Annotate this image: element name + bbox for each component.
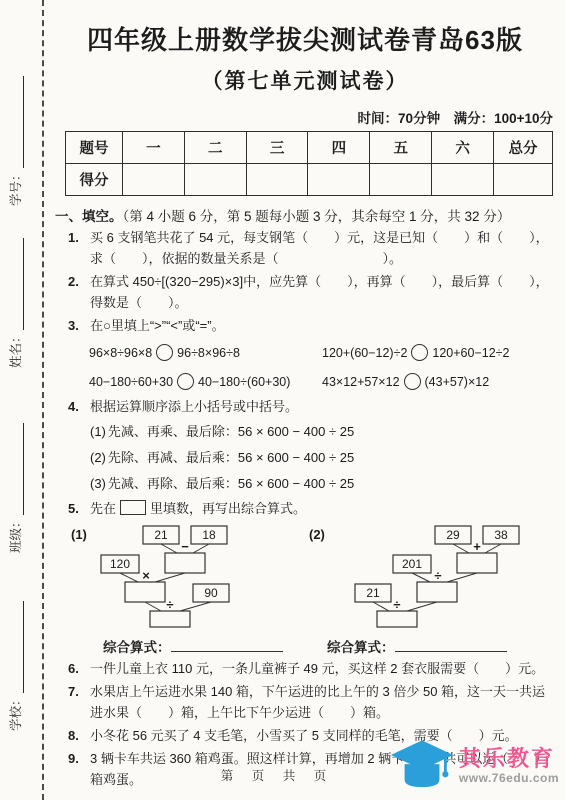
score-cell[interactable] xyxy=(184,164,246,196)
school-label: 学校： xyxy=(6,693,24,731)
tree-value: 120 xyxy=(110,557,130,571)
question-text: 先在里填数，再写出综合算式。 xyxy=(90,498,555,519)
question-text-prefix: 先在 xyxy=(90,501,116,516)
brand-name: 其乐教育 xyxy=(459,747,559,770)
item-text: 先除、再减、最后乘：56 × 600 − 400 ÷ 25 xyxy=(108,450,354,465)
tree-value: 29 xyxy=(446,528,460,542)
tree-1-label: (1) xyxy=(71,525,97,542)
number-tree-2: 29 38 + 201 ÷ 21 ÷ xyxy=(335,525,547,628)
tree-operator: × xyxy=(142,568,150,583)
tree-operator: ÷ xyxy=(434,568,441,583)
brand-logo: 其乐教育 www.76edu.com xyxy=(389,738,559,794)
section-1-note: （第 4 小题 6 分，第 5 题每小题 3 分，其余每空 1 分，共 32 分… xyxy=(123,209,511,224)
expression-left: 120+(60−12)÷2 xyxy=(322,346,407,360)
question-4-item-3: (3)先减、再除、最后乘：56 × 600 − 400 ÷ 25 xyxy=(90,473,555,495)
question-number: 5. xyxy=(68,498,90,519)
brand-text-block: 其乐教育 www.76edu.com xyxy=(459,747,559,784)
seal-dashed-line xyxy=(42,0,44,800)
student-id-blank-line[interactable] xyxy=(9,76,24,168)
question-text: 买 6 支钢笔共花了 54 元，每支钢笔（ ）元，这是已知（ ）和（ ），求（ … xyxy=(90,227,555,269)
score-row-label: 得分 xyxy=(66,164,123,196)
comparison-circle[interactable] xyxy=(411,344,428,361)
question-7: 7. 水果店上午运进水果 140 箱，下午运进的比上午的 3 倍少 50 箱，这… xyxy=(55,681,555,723)
composite-expression-label: 综合算式： xyxy=(103,640,171,655)
student-id-label: 学号： xyxy=(6,168,24,206)
question-number: 3. xyxy=(68,315,90,336)
comparison-pair: 40−180÷60+3040−180÷(60+30) xyxy=(89,373,322,390)
expression-left: 96×8÷96×8 xyxy=(89,346,152,360)
question-text: 在算式 450÷[(320−295)×3]中，应先算（ ），再算（ ），最后算（… xyxy=(90,271,555,313)
question-2: 2. 在算式 450÷[(320−295)×3]中，应先算（ ），再算（ ），最… xyxy=(55,271,555,313)
question-number: 8. xyxy=(68,725,90,746)
tree-answer-box[interactable] xyxy=(457,553,497,573)
item-label: (3) xyxy=(90,476,106,491)
paper-content: 四年级上册数学拔尖测试卷青岛63版 （第七单元测试卷） 时间：70分钟 满分：1… xyxy=(55,0,555,790)
question-4-item-2: (2)先除、再减、最后乘：56 × 600 − 400 ÷ 25 xyxy=(90,447,555,469)
number-tree-1-block: (1) 21 18 − 120 × 90 ÷ xyxy=(71,525,309,628)
tree-value: 38 xyxy=(494,528,508,542)
page-subtitle: （第七单元测试卷） xyxy=(55,65,555,95)
expression-right: (43+57)×12 xyxy=(425,375,490,389)
number-tree-2-block: (2) 29 38 + 201 ÷ 21 ÷ xyxy=(309,525,547,628)
question-number: 2. xyxy=(68,271,90,313)
tree-operator: ÷ xyxy=(393,597,400,612)
comparison-pair: 43×12+57×12(43+57)×12 xyxy=(322,373,555,390)
question-number: 7. xyxy=(68,681,90,723)
score-header-cell: 二 xyxy=(184,132,246,164)
score-header-cell: 一 xyxy=(123,132,185,164)
item-text: 先减、再乘、最后除：56 × 600 − 400 ÷ 25 xyxy=(108,424,354,439)
expression-right: 120+60−12÷2 xyxy=(432,346,509,360)
tree-answer-box[interactable] xyxy=(417,582,457,602)
tree-value: 21 xyxy=(366,586,380,600)
score-cell[interactable] xyxy=(308,164,370,196)
score-cell[interactable] xyxy=(246,164,308,196)
score-header-cell: 总分 xyxy=(494,132,553,164)
tree-answer-box[interactable] xyxy=(150,611,190,627)
question-number: 1. xyxy=(68,227,90,269)
expression-right: 40−180÷(60+30) xyxy=(198,375,290,389)
composite-expression-2: 综合算式： xyxy=(303,636,507,656)
comparison-circle[interactable] xyxy=(177,373,194,390)
graduation-cap-icon xyxy=(389,738,455,794)
number-tree-1: 21 18 − 120 × 90 ÷ xyxy=(97,525,309,628)
tree-answer-box[interactable] xyxy=(125,582,165,602)
composite-expression-label: 综合算式： xyxy=(327,640,395,655)
comparison-pair: 120+(60−12)÷2120+60−12÷2 xyxy=(322,344,555,361)
number-trees: (1) 21 18 − 120 × 90 ÷ xyxy=(71,525,555,628)
tree-value: 18 xyxy=(202,528,216,542)
expression-left: 40−180÷60+30 xyxy=(89,375,173,389)
margin-field-student-id: 学号： xyxy=(4,56,24,206)
test-paper-page: 学号： 姓名： 班级： 学校： 四年级上册数学拔尖测试卷青岛63版 （第七单元测… xyxy=(0,0,565,800)
tree-value: 90 xyxy=(204,586,218,600)
item-text: 先减、再除、最后乘：56 × 600 − 400 ÷ 25 xyxy=(108,476,354,491)
composite-expression-1: 综合算式： xyxy=(55,636,303,656)
section-1-title: 一、填空。 xyxy=(55,209,123,224)
question-text: 在○里填上“>”“<”或“=”。 xyxy=(90,315,555,336)
expression-right: 96÷8×96÷8 xyxy=(177,346,240,360)
item-label: (2) xyxy=(90,450,106,465)
tree-operator: + xyxy=(473,539,481,554)
question-number: 4. xyxy=(68,396,90,417)
question-text: 一件儿童上衣 110 元，一条儿童裤子 49 元，买这样 2 套衣服需要（ ）元… xyxy=(90,658,555,679)
tree-answer-box[interactable] xyxy=(377,611,417,627)
composite-expression-row: 综合算式： 综合算式： xyxy=(55,636,555,656)
comparison-circle[interactable] xyxy=(156,344,173,361)
exam-info: 时间：70分钟 满分：100+10分 xyxy=(55,107,555,127)
score-header-cell: 六 xyxy=(432,132,494,164)
score-header-cell: 三 xyxy=(246,132,308,164)
score-table: 题号 一 二 三 四 五 六 总分 得分 xyxy=(65,131,553,196)
tree-answer-box[interactable] xyxy=(165,553,205,573)
question-3: 3. 在○里填上“>”“<”或“=”。 xyxy=(55,315,555,336)
expression-blank-line[interactable] xyxy=(171,638,283,652)
margin-field-name: 姓名： xyxy=(4,218,24,368)
score-table-score-row: 得分 xyxy=(66,164,553,196)
score-cell[interactable] xyxy=(494,164,553,196)
class-label: 班级： xyxy=(6,515,24,553)
score-cell[interactable] xyxy=(432,164,494,196)
tree-operator: ÷ xyxy=(166,597,173,612)
question-4-item-1: (1)先减、再乘、最后除：56 × 600 − 400 ÷ 25 xyxy=(90,421,555,443)
margin-field-school: 学校： xyxy=(4,581,24,731)
brand-website: www.76edu.com xyxy=(459,771,559,785)
section-1-heading: 一、填空。（第 4 小题 6 分，第 5 题每小题 3 分，其余每空 1 分，共… xyxy=(55,205,555,225)
item-label: (1) xyxy=(90,424,106,439)
expression-blank-line[interactable] xyxy=(395,638,507,652)
question-4: 4. 根据运算顺序添上小括号或中括号。 xyxy=(55,396,555,417)
comparison-grid: 96×8÷96×896÷8×96÷8 120+(60−12)÷2120+60−1… xyxy=(89,344,555,390)
question-text-suffix: 里填数，再写出综合算式。 xyxy=(150,501,306,516)
question-text: 水果店上午运进水果 140 箱，下午运进的比上午的 3 倍少 50 箱，这一天一… xyxy=(90,681,555,723)
expression-left: 43×12+57×12 xyxy=(322,375,400,389)
tree-2-label: (2) xyxy=(309,525,335,542)
name-label: 姓名： xyxy=(6,330,24,368)
class-blank-line[interactable] xyxy=(9,423,24,515)
tree-operator: − xyxy=(181,539,189,554)
margin-field-class: 班级： xyxy=(4,403,24,553)
school-blank-line[interactable] xyxy=(9,601,24,693)
comparison-pair: 96×8÷96×896÷8×96÷8 xyxy=(89,344,322,361)
score-header-cell: 题号 xyxy=(66,132,123,164)
tree-value: 201 xyxy=(402,557,422,571)
name-blank-line[interactable] xyxy=(9,238,24,330)
question-6: 6. 一件儿童上衣 110 元，一条儿童裤子 49 元，买这样 2 套衣服需要（… xyxy=(55,658,555,679)
score-header-cell: 四 xyxy=(308,132,370,164)
question-1: 1. 买 6 支钢笔共花了 54 元，每支钢笔（ ）元，这是已知（ ）和（ ），… xyxy=(55,227,555,269)
score-header-cell: 五 xyxy=(370,132,432,164)
fill-box[interactable] xyxy=(120,500,146,515)
score-cell[interactable] xyxy=(370,164,432,196)
question-text: 根据运算顺序添上小括号或中括号。 xyxy=(90,396,555,417)
tree-value: 21 xyxy=(154,528,168,542)
question-number: 6. xyxy=(68,658,90,679)
score-table-header-row: 题号 一 二 三 四 五 六 总分 xyxy=(66,132,553,164)
page-title: 四年级上册数学拔尖测试卷青岛63版 xyxy=(55,20,555,57)
comparison-circle[interactable] xyxy=(404,373,421,390)
question-5: 5. 先在里填数，再写出综合算式。 xyxy=(55,498,555,519)
score-cell[interactable] xyxy=(123,164,185,196)
